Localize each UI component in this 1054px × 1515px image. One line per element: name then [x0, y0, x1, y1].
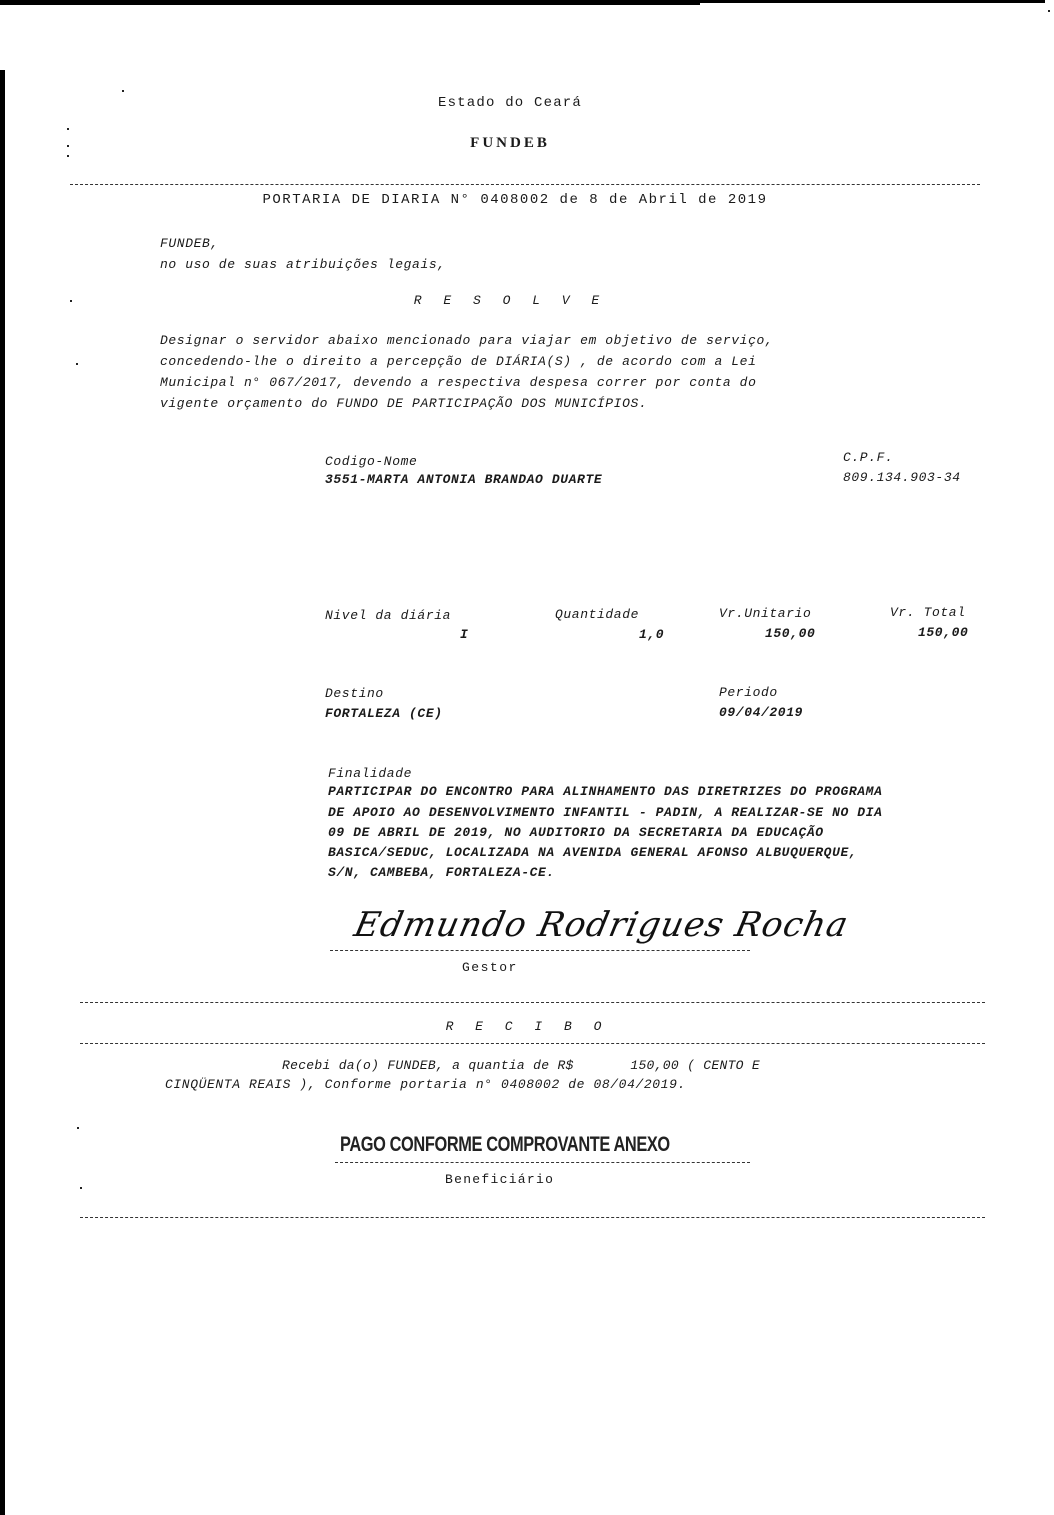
employee-code-name: 3551-MARTA ANTONIA BRANDAO DUARTE	[325, 472, 602, 487]
portaria-title: PORTARIA DE DIARIA N° 0408002 de 8 de Ab…	[0, 192, 1030, 208]
scan-speck	[1048, 10, 1050, 12]
state-name: Estado do Ceará	[0, 95, 1020, 111]
body-line: Municipal n° 067/2017, devendo a respect…	[160, 375, 757, 390]
scan-edge-left	[0, 70, 5, 1515]
scan-speck	[80, 1187, 82, 1189]
quantity-label: Quantidade	[555, 607, 639, 622]
cpf-label: C.P.F.	[843, 450, 893, 465]
scan-speck	[76, 363, 78, 365]
payment-stamp: PAGO CONFORME COMPROVANTE ANEXO	[340, 1133, 670, 1157]
scan-edge-top-right	[525, 0, 1045, 3]
manager-signature: Edmundo Rodrigues Rocha	[351, 905, 852, 945]
signature-line	[335, 1162, 750, 1163]
purpose-line: BASICA/SEDUC, LOCALIZADA NA AVENIDA GENE…	[328, 845, 857, 860]
quantity-value: 1,0	[639, 627, 664, 642]
divider	[80, 1002, 985, 1003]
purpose-label: Finalidade	[328, 766, 412, 781]
destination-value: FORTALEZA (CE)	[325, 706, 443, 721]
period-value: 09/04/2019	[719, 705, 803, 720]
purpose-line: S/N, CAMBEBA, FORTALEZA-CE.	[328, 865, 555, 880]
cpf-value: 809.134.903-34	[843, 470, 961, 485]
organization-name: FUNDEB	[0, 135, 1020, 152]
purpose-line: DE APOIO AO DESENVOLVIMENTO INFANTIL - P…	[328, 805, 882, 820]
divider	[70, 184, 980, 185]
body-line: concedendo-lhe o direito a percepção de …	[160, 354, 757, 369]
level-value: I	[460, 627, 468, 642]
code-name-label: Codigo-Nome	[325, 454, 417, 469]
resolve-heading: R E S O L V E	[0, 293, 1020, 308]
unit-value-label: Vr.Unitario	[719, 606, 811, 621]
receipt-line: Recebi da(o) FUNDEB, a quantia de R$ 150…	[282, 1058, 760, 1073]
period-label: Periodo	[719, 685, 778, 700]
divider	[80, 1217, 985, 1218]
total-value: 150,00	[918, 625, 968, 640]
receipt-line: CINQÜENTA REAIS ), Conforme portaria n° …	[165, 1077, 686, 1092]
divider	[80, 1043, 985, 1044]
level-label: Nivel da diária	[325, 608, 451, 623]
scan-speck	[122, 90, 124, 92]
scan-speck	[67, 128, 69, 130]
receipt-title: R E C I B O	[0, 1019, 1054, 1034]
manager-role: Gestor	[462, 960, 518, 975]
usage-statement: no uso de suas atribuições legais,	[160, 257, 446, 272]
signature-line	[330, 950, 750, 951]
total-label: Vr. Total	[890, 605, 966, 620]
purpose-line: PARTICIPAR DO ENCONTRO PARA ALINHAMENTO …	[328, 784, 882, 799]
beneficiary-label: Beneficiário	[445, 1172, 554, 1187]
purpose-line: 09 DE ABRIL DE 2019, NO AUDITORIO DA SEC…	[328, 825, 824, 840]
unit-value: 150,00	[765, 626, 815, 641]
scan-speck	[67, 155, 69, 157]
body-line: Designar o servidor abaixo mencionado pa…	[160, 333, 773, 348]
destination-label: Destino	[325, 686, 384, 701]
scan-speck	[77, 1127, 79, 1129]
body-line: vigente orçamento do FUNDO DE PARTICIPAÇ…	[160, 396, 647, 411]
issuer: FUNDEB,	[160, 236, 219, 251]
